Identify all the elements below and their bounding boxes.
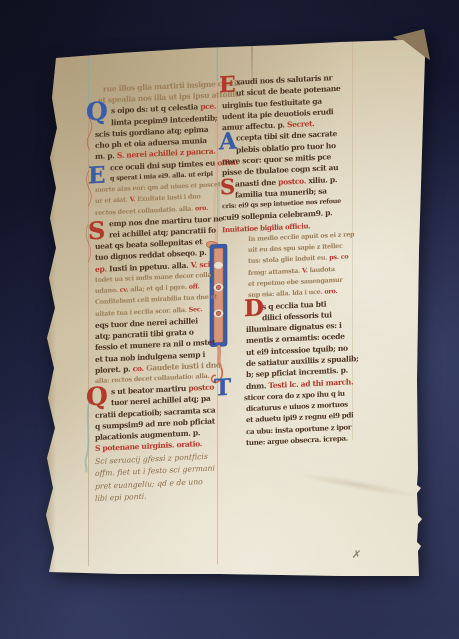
text-segment: dnm. [246, 381, 268, 391]
text-line-right-13: cui9 sollepnia celebram9. p. [222, 210, 332, 223]
text-line-right-18: frmg: attamsta. V. laudota [248, 266, 335, 276]
text-line-right-2: ut sicut de beate potenane [236, 85, 340, 97]
text-segment: S potenane uirginis. oratio. [95, 439, 202, 453]
text-line-left-8: cce oculi dni sup timtes eu offm. [110, 158, 238, 171]
text-segment: dilici ofessoris tui [262, 310, 332, 322]
text-line-right-17: tus: stola glie induit eu. ps. co [248, 254, 348, 265]
illuminated-initial-E-5: E [219, 74, 236, 97]
text-segment: anasti dne [235, 177, 278, 188]
text-segment: tus: stola glie induit eu. [248, 254, 329, 266]
text-segment: laudota [310, 265, 335, 274]
text-line-right-29: sticor cora do z xpo ihu q iu [244, 389, 345, 401]
illuminated-initial-A-6: A [219, 130, 237, 154]
leaf-wrap: ✗ rue illos glia martirii insigne costis… [0, 0, 459, 639]
marginal-note-line-3: pret euangeliu; qd e de uno [95, 477, 203, 491]
marginal-note-line-4: libi epi ponti. [95, 492, 147, 503]
text-line-left-21: uitate tua i ecclia scor. alla. Sec. [95, 306, 202, 317]
decorated-initial-I [201, 234, 241, 394]
text-segment: s ut beator martiru [111, 384, 188, 397]
initial-knot-2 [216, 311, 221, 316]
text-segment: V. [302, 266, 310, 274]
initial-I-art [201, 234, 241, 394]
text-line-left-12: rectos decet collaudatio. alla. oro. [95, 204, 208, 216]
text-segment: postco [188, 383, 214, 393]
text-line-left-27: alla: rectos decet collaudatio: alla. [95, 373, 210, 385]
text-segment: Exultate iusti i dno [137, 193, 200, 204]
page-content: ✗ rue illos glia martirii insigne costis… [0, 0, 459, 639]
text-segment: cv. [120, 286, 130, 294]
text-line-left-11: ur et aiat. V. Exultate iusti i dno [95, 194, 201, 205]
text-segment: co. [133, 363, 146, 373]
text-line-left-18: todet ua sci mdis mane decor colla [95, 272, 211, 284]
collector-mark: ✗ [351, 548, 362, 562]
illuminated-initial-T-9: T [214, 376, 231, 400]
text-segment: et repetmo ebe sauengamur [248, 276, 342, 288]
illuminated-initial-S-3: S [88, 219, 105, 244]
photo-of-manuscript: ✗ rue illos glia martirii insigne costis… [0, 0, 459, 639]
text-segment: tune: argue obsecra. icrepa. [246, 433, 348, 447]
manuscript-leaf: ✗ rue illos glia martirii insigne costis… [0, 0, 459, 639]
text-segment: m. p. [95, 151, 117, 161]
text-line-right-12: cris: ei9 qs sep intuetioe nos refoue [222, 198, 341, 210]
text-segment: cui9 sollepnia celebram9. p. [222, 209, 332, 223]
text-segment: ur et aiat. [95, 196, 130, 206]
text-segment: alla; et qd i pgre. [130, 283, 189, 294]
marginal-note-line-1: Sci seruacij gfessi z pontficis [95, 452, 208, 466]
text-segment: V. [130, 195, 138, 203]
text-segment: ps. co [329, 253, 348, 262]
text-segment: Sec. [189, 305, 203, 314]
initial-knot-1 [216, 285, 221, 290]
text-segment: s q ecclia tua bti [262, 299, 326, 311]
text-line-left-19: udano. cv. alla; et qd i pgre. off. [95, 283, 200, 294]
text-segment: postco. [278, 176, 308, 186]
text-segment: xiliu. p. [308, 175, 337, 185]
text-segment: uitate tua i ecclia scor. alla. [95, 305, 189, 317]
text-line-right-22: dilici ofessoris tui [262, 311, 332, 322]
text-segment: morte aias eor: qm ad uiues et poscet [95, 180, 221, 194]
text-segment: oro. [324, 287, 337, 296]
illuminated-initial-Q-1: Q [86, 98, 108, 124]
text-segment: q sperat i mia ei9. alla. ut eripi [110, 169, 213, 182]
text-segment: In medio ecclie apuit os ei z rep [248, 230, 354, 243]
text-line-left-10: morte aias eor: qm ad uiues et poscet [95, 181, 221, 193]
text-line-right-33: tune: argue obsecra. icrepa. [246, 434, 348, 446]
text-segment: udent ita pie deuotiois erudi [222, 107, 333, 121]
text-line-right-16: uit eu dns spu sapie z itellec [248, 243, 343, 254]
text-line-right-4: udent ita pie deuotiois erudi [222, 108, 333, 121]
text-line-left-33: S potenane uirginis. oratio. [95, 440, 202, 452]
illuminated-initial-Q-4: Q [86, 383, 108, 409]
text-line-right-19: et repetmo ebe sauengamur [248, 277, 342, 288]
text-segment: rectos decet collaudatio. alla. [95, 204, 195, 217]
text-segment: ploret. p. [95, 364, 133, 375]
text-segment: udano. [95, 286, 120, 295]
text-segment: V. sci [191, 259, 211, 269]
text-segment: uit eu dns spu sapie z itellec [248, 242, 343, 254]
text-line-left-9: q sperat i mia ei9. alla. ut eripi [110, 170, 213, 181]
text-line-right-14: Inuitatioe bigilia officiu. [222, 222, 310, 233]
text-segment: Secret. [287, 119, 314, 129]
text-segment: ep. [95, 264, 109, 274]
illuminated-initial-E-2: E [88, 164, 106, 188]
text-segment: oro. [195, 203, 208, 212]
illuminated-initial-S-7: S [220, 176, 235, 198]
text-segment: pce. [200, 102, 216, 112]
text-line-right-15: In medio ecclie apuit os ei z rep [248, 231, 354, 242]
text-segment: ut sicut de beate potenane [236, 84, 340, 98]
text-line-right-21: s q ecclia tua bti [262, 300, 326, 311]
illuminated-initial-D-8: D [244, 296, 264, 320]
text-segment: frmg: attamsta. [248, 266, 302, 276]
text-segment: off. [189, 282, 200, 290]
